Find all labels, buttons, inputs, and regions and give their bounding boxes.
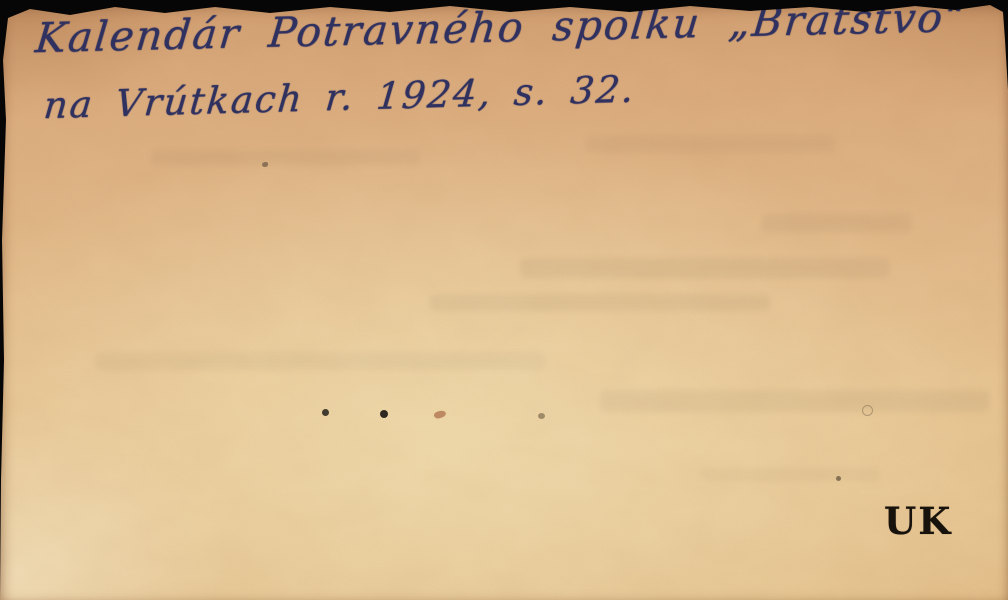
ink-speck — [322, 409, 329, 416]
ink-speck — [433, 409, 447, 419]
ghost-showthrough — [762, 214, 912, 232]
ghost-showthrough — [600, 390, 990, 412]
handwriting-line-2: na Vrútkach r. 1924, s. 32. — [42, 67, 638, 127]
ghost-showthrough — [150, 150, 420, 165]
handwriting-line-1: Kalendár Potravného spolku „Bratstvo“ — [33, 0, 969, 62]
ghost-showthrough — [585, 136, 835, 152]
ghost-showthrough — [430, 294, 770, 311]
ink-speck — [380, 410, 388, 418]
ink-speck — [836, 476, 841, 481]
ink-speck — [862, 405, 873, 416]
library-stamp: UK — [884, 499, 952, 543]
scan-background: Kalendár Potravného spolku „Bratstvo“ na… — [0, 0, 1008, 600]
ghost-showthrough — [520, 258, 890, 278]
ghost-showthrough — [95, 352, 545, 370]
catalog-card: Kalendár Potravného spolku „Bratstvo“ na… — [0, 0, 1008, 600]
ink-speck — [262, 162, 268, 167]
ghost-showthrough — [700, 468, 880, 481]
ink-speck — [538, 413, 545, 419]
